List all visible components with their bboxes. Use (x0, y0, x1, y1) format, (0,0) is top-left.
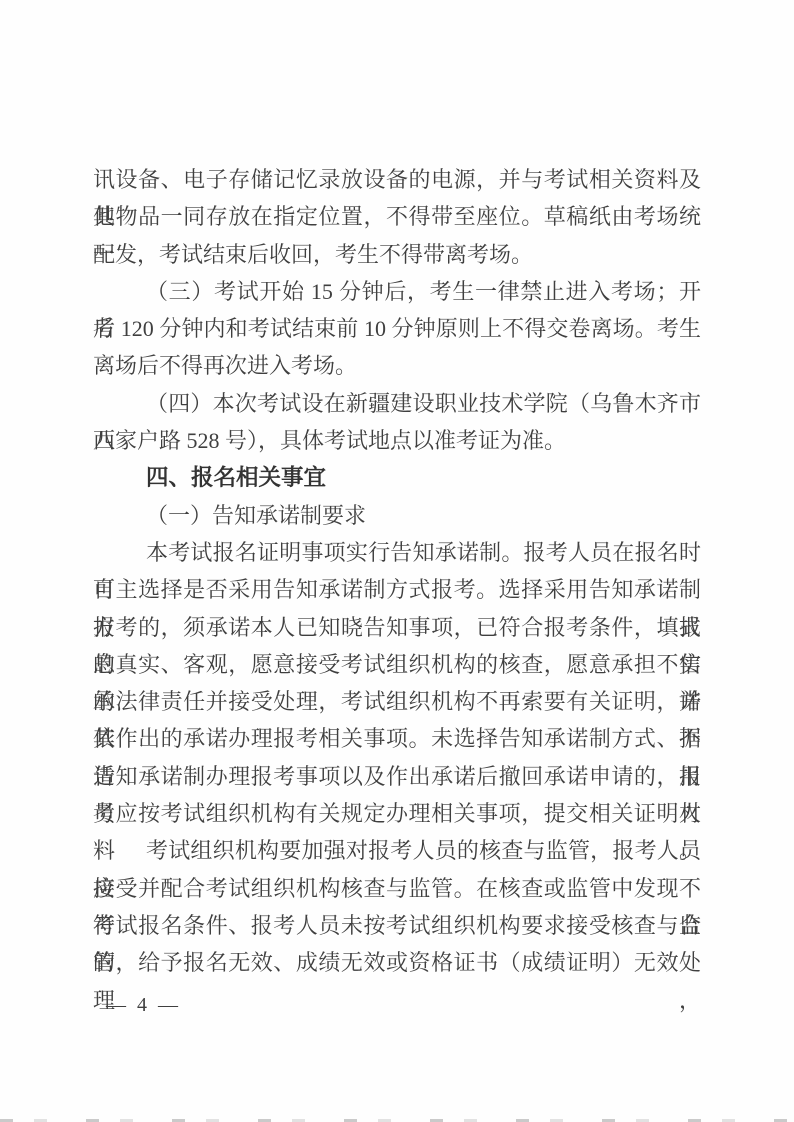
page-number: — 4 — (106, 994, 181, 1016)
text-line: 离场后不得再次进入考场。 (93, 347, 701, 384)
text-line: 他物品一同存放在指定位置，不得带至座位。草稿纸由考场统一 (93, 198, 701, 235)
text-line: （一）告知承诺制要求 (93, 497, 701, 534)
text-line: 考试报名条件、报考人员未按考试组织机构要求接受核查与监管 (93, 907, 701, 944)
scanned-document-page: 讯设备、电子存储记忆录放设备的电源，并与考试相关资料及其他物品一同存放在指定位置… (0, 0, 794, 1122)
text-line: 息真实、客观，愿意接受考试组织机构的核查，愿意承担不实承诺 (93, 646, 701, 683)
text-line: 后 120 分钟内和考试结束前 10 分钟原则上不得交卷离场。考生 (93, 310, 701, 347)
text-line: 自主选择是否采用告知承诺制方式报考。选择采用告知承诺制方式 (93, 571, 701, 608)
text-line: 员应按考试组织机构有关规定办理相关事项，提交相关证明材料。 (93, 795, 701, 832)
text-line: 的法律责任并接受处理，考试组织机构不再索要有关证明，并依据 (93, 683, 701, 720)
document-body: 讯设备、电子存储记忆录放设备的电源，并与考试相关资料及其他物品一同存放在指定位置… (93, 161, 701, 982)
text-line: 接受并配合考试组织机构核查与监管。在核查或监管中发现不符合 (93, 870, 701, 907)
text-line: 本考试报名证明事项实行告知承诺制。报考人员在报名时可 (93, 534, 701, 571)
text-line: 讯设备、电子存储记忆录放设备的电源，并与考试相关资料及其 (93, 161, 701, 198)
text-line: （四）本次考试设在新疆建设职业技术学院（乌鲁木齐市西 (93, 385, 701, 422)
text-line: 考试组织机构要加强对报考人员的核查与监管，报考人员应 (93, 832, 701, 869)
text-line: 的，给予报名无效、成绩无效或资格证书（成绩证明）无效处理， (93, 944, 701, 981)
page-footer: — 4 — (106, 994, 181, 1017)
text-line: 报考的，须承诺本人已知晓告知事项，已符合报考条件，填报的信 (93, 609, 701, 646)
text-line: 配发，考试结束后收回，考生不得带离考场。 (93, 236, 701, 273)
text-line: 其作出的承诺办理报考相关事项。未选择告知承诺制方式、不适用 (93, 720, 701, 757)
text-line: 八家户路 528 号），具体考试地点以准考证为准。 (93, 422, 701, 459)
text-line: 告知承诺制办理报考事项以及作出承诺后撤回承诺申请的，报考人 (93, 758, 701, 795)
section-heading: 四、报名相关事宜 (93, 459, 701, 496)
text-line: （三）考试开始 15 分钟后，考生一律禁止进入考场；开考 (93, 273, 701, 310)
